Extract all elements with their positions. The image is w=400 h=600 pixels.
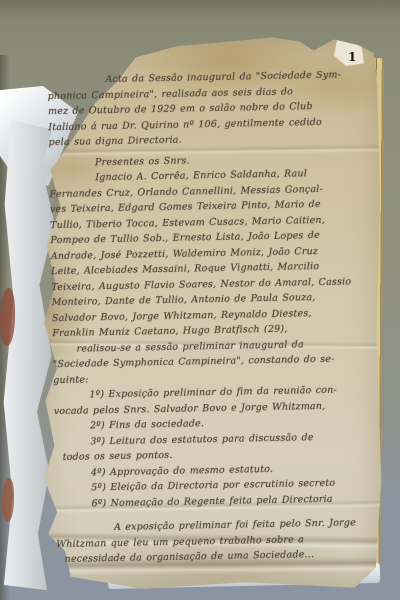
handwritten-text-block: Acta da Sessão inaugural da "Sociedade S…: [47, 67, 378, 568]
photo-of-manuscript: 1 Acta da Sessão inaugural da "Sociedade…: [0, 0, 400, 600]
background-top-shade: [0, 0, 400, 20]
page-number: 1: [348, 50, 356, 64]
